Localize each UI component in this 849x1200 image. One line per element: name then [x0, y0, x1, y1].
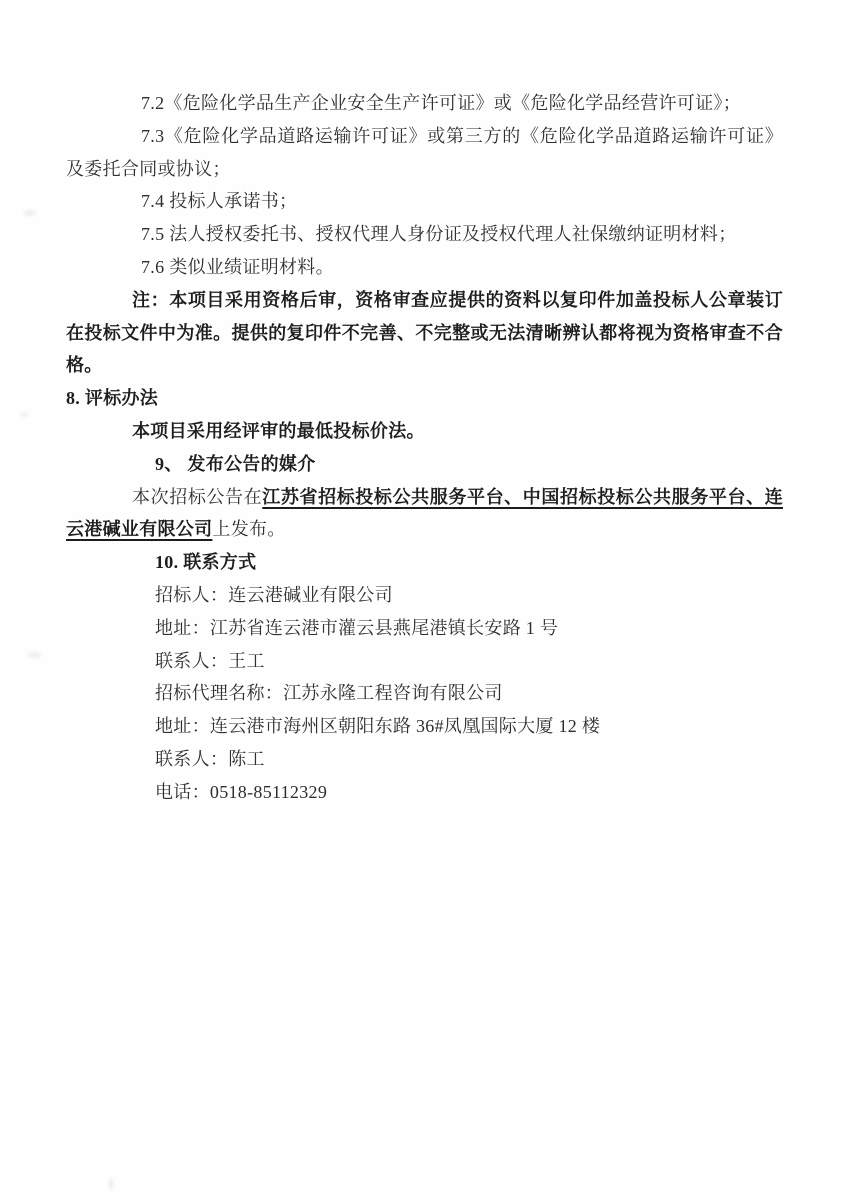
clause-7-6: 7.6 类似业绩证明材料。	[66, 251, 783, 284]
qualification-note: 注：本项目采用资格后审，资格审查应提供的资料以复印件加盖投标人公章装订在投标文件…	[66, 284, 783, 382]
scan-artifact	[109, 1178, 113, 1190]
announcement-media-paragraph: 本次招标公告在江苏省招标投标公共服务平台、中国招标投标公共服务平台、连云港碱业有…	[66, 481, 783, 547]
clause-7-5: 7.5 法人授权委托书、授权代理人身份证及授权代理人社保缴纳证明材料；	[66, 218, 783, 251]
tenderer-contact-line: 联系人：王工	[66, 645, 783, 678]
clause-7-2: 7.2《危险化学品生产企业安全生产许可证》或《危险化学品经营许可证》；	[66, 87, 783, 120]
scan-artifact	[20, 412, 29, 417]
agency-address-line: 地址：连云港市海州区朝阳东路 36#凤凰国际大厦 12 楼	[66, 710, 783, 743]
tenderer-address-line: 地址：江苏省连云港市灌云县燕尾港镇长安路 1 号	[66, 612, 783, 645]
clause-7-3: 7.3《危险化学品道路运输许可证》或第三方的《危险化学品道路运输许可证》及委托合…	[66, 120, 783, 186]
scan-artifact	[24, 210, 36, 216]
evaluation-method-body: 本项目采用经评审的最低投标价法。	[66, 415, 783, 448]
agency-name-line: 招标代理名称：江苏永隆工程咨询有限公司	[66, 677, 783, 710]
heading-contact-info: 10. 联系方式	[66, 546, 783, 579]
clause-7-4: 7.4 投标人承诺书；	[66, 185, 783, 218]
scan-artifact	[28, 652, 41, 658]
document-page: 7.2《危险化学品生产企业安全生产许可证》或《危险化学品经营许可证》； 7.3《…	[0, 0, 849, 1200]
tenderer-line: 招标人：连云港碱业有限公司	[66, 579, 783, 612]
heading-evaluation-method: 8. 评标办法	[66, 382, 783, 415]
phone-line: 电话：0518-85112329	[66, 776, 783, 809]
announcement-media-suffix: 上发布。	[212, 519, 285, 539]
agency-contact-line: 联系人：陈工	[66, 743, 783, 776]
announcement-media-prefix: 本次招标公告在	[132, 487, 262, 507]
heading-announcement-media: 9、 发布公告的媒介	[66, 448, 783, 481]
document-body: 7.2《危险化学品生产企业安全生产许可证》或《危险化学品经营许可证》； 7.3《…	[66, 87, 783, 809]
